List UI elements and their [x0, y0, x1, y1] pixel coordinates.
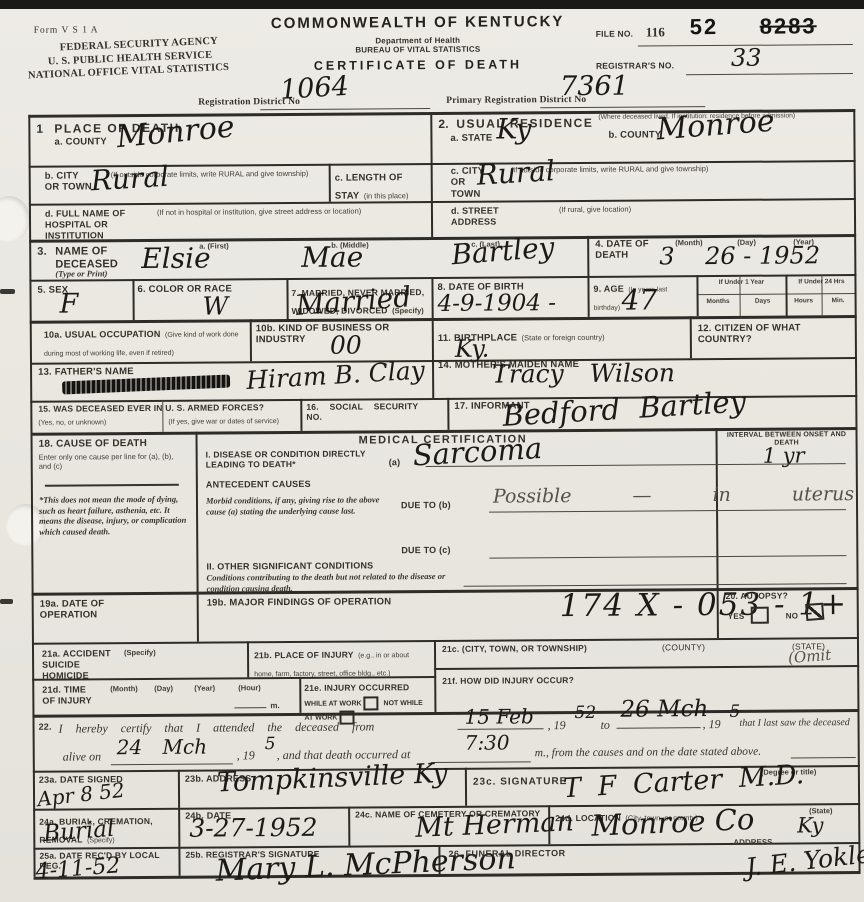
autopsy-label: 20. AUTOPSY?: [726, 591, 788, 602]
antecedent-causes-label: ANTECEDENT CAUSES: [206, 479, 311, 491]
line: [178, 808, 180, 847]
funeral-address-label: ADDRESS: [733, 838, 772, 848]
certify-19-a: , 19: [547, 718, 565, 733]
accident-suicide-homicide-label: 21a. ACCIDENT SUICIDE HOMICIDE: [42, 648, 122, 681]
attended-to-handwritten: 26 Mch: [620, 698, 708, 722]
marital-handwritten: Married: [295, 283, 412, 320]
residence-county-handwritten: Monroe: [655, 107, 775, 146]
first-name-handwritten: Elsie: [141, 245, 210, 273]
line: [686, 73, 853, 75]
major-findings-label: 19b. MAJOR FINDINGS OF OPERATION: [207, 596, 392, 609]
injury-occurred-label: 21e. INJURY OCCURRED: [304, 682, 409, 693]
while-at-work-checkbox: [363, 696, 378, 710]
line: [690, 316, 692, 358]
line: [348, 807, 350, 846]
line: [178, 847, 180, 876]
death-time-handwritten: 7:30: [465, 732, 510, 752]
sec1-number: 1: [36, 122, 44, 136]
sec22-number: 22.: [39, 722, 52, 733]
line: [45, 484, 179, 487]
line: [489, 555, 846, 558]
cemetery-handwritten: Mt Herman: [415, 808, 575, 842]
line: [434, 640, 437, 712]
file-no-value: 116: [646, 24, 665, 40]
line: [617, 727, 701, 729]
armed-forces-label: 15. WAS DECEASED EVER IN U. S. ARMED FOR…: [38, 402, 298, 414]
line: [430, 112, 433, 237]
age-label: 9. AGE: [593, 284, 623, 294]
certify-19-b: , 19: [702, 717, 720, 732]
injury-hour-label: (Hour): [238, 683, 261, 693]
due-to-b-handwritten: Possible — in uterus: [493, 485, 854, 507]
file-stamp-struck: 8283: [760, 13, 817, 40]
sec3-note: (Type or Print): [55, 268, 107, 279]
cause-a-label: (a): [389, 457, 401, 468]
line: [447, 398, 449, 430]
sec2b-county-label: b. COUNTY: [608, 129, 661, 141]
injury-city-label: 21c. (CITY, TOWN, OR TOWNSHIP): [442, 643, 587, 654]
line: [540, 106, 705, 108]
bureau-line: BUREAU OF VITAL STATISTICS: [248, 44, 588, 56]
registrar-no-label: REGISTRAR'S NO.: [596, 60, 674, 71]
morbid-note: Morbid conditions, if any, giving rise t…: [206, 494, 384, 516]
mother-name-handwritten: Tracy Wilson: [492, 360, 675, 386]
line: [299, 677, 301, 713]
registrar-no-handwritten: 33: [731, 46, 762, 70]
line: [260, 108, 430, 110]
certify-19-c: , 19: [237, 748, 255, 763]
line: [432, 318, 434, 360]
certify-text-5: m., from the causes and on the date stat…: [535, 745, 761, 761]
armed-forces-note1: (Yes, no, or unknown): [38, 419, 158, 429]
line: [286, 278, 288, 319]
document-title: COMMONWEALTH OF KENTUCKY: [248, 13, 588, 33]
injury-am-pm-label: m.: [270, 701, 279, 711]
cause-of-death-note: Enter only one cause per line for (a), (…: [39, 452, 187, 472]
sec1c-length-of-stay: c. LENGTH OF STAY (in this place): [335, 167, 427, 204]
cause-footnote: *This does not mean the mode of dying, s…: [39, 494, 189, 538]
sec4-date-of-death-label: 4. DATE OF DEATH: [595, 238, 651, 261]
accident-note: (Specify): [124, 648, 156, 658]
sec1b-city-label: b. CITY OR TOWN: [45, 170, 93, 193]
file-stamp: 52: [690, 14, 719, 41]
line: [132, 279, 134, 320]
year3-handwritten: 5: [265, 736, 276, 753]
date-of-operation-label: 19a. DATE OF OPERATION: [40, 598, 160, 622]
funeral-director-label: 26. FUNERAL DIRECTOR: [448, 848, 565, 860]
injury-county-label: (COUNTY): [662, 642, 705, 652]
father-name-label: 13. FATHER'S NAME: [38, 366, 134, 378]
death-certificate-scan: Form V S 1 A FEDERAL SECURITY AGENCY U. …: [0, 0, 864, 902]
sec1c-note: (in this place): [364, 191, 409, 200]
dob-handwritten: 4-9-1904 -: [438, 292, 557, 316]
occupation-cell: 10a. USUAL OCCUPATION (Give kind of work…: [44, 323, 244, 360]
line: [431, 277, 433, 318]
line: [697, 293, 857, 295]
business-handwritten: 00: [330, 332, 362, 357]
line: [111, 763, 233, 765]
injury-state-handwritten: (Omit: [788, 648, 832, 666]
age-handwritten: 47: [621, 286, 657, 314]
sec3-number: 3.: [37, 246, 47, 259]
sec2d-note: (If rural, give location): [559, 204, 759, 215]
line: [465, 768, 467, 806]
injury-year-label: (Year): [194, 684, 215, 694]
physician-address-handwritten: Tompkinsville Ky: [216, 760, 448, 797]
sec1d-hospital-label: d. FULL NAME OF HOSPITAL OR INSTITUTION: [45, 208, 157, 241]
form-number: Form V S 1 A: [34, 25, 99, 37]
certify-to-word: to: [600, 718, 609, 733]
autopsy-yes-label: YES: [728, 612, 745, 622]
line: [489, 509, 846, 512]
line: [178, 770, 180, 808]
attended-from-handwritten: 15 Feb: [464, 706, 533, 726]
sec2d-street-label: d. STREET ADDRESS: [451, 205, 513, 227]
place-of-injury-label: 21b. PLACE OF INJURY: [254, 650, 354, 661]
certify-text-2: that I last saw the deceased: [740, 717, 850, 730]
other-conditions-note: Conditions contributing to the death but…: [206, 571, 461, 594]
sec2-number: 2.: [438, 117, 449, 131]
line: [300, 399, 302, 431]
how-injury-occurred-label: 21f. HOW DID INJURY OCCUR?: [442, 675, 574, 686]
date-of-death-handwritten: 3 26 - 1952: [659, 243, 820, 268]
while-at-work-label: WHILE AT WORK: [304, 700, 361, 707]
sec1d-note: (If not in hospital or institution, give…: [157, 206, 425, 217]
days-header: Days: [740, 298, 786, 306]
residence-state-handwritten: Ky: [496, 115, 531, 143]
primary-district-handwritten: 7361: [560, 73, 629, 100]
autopsy-no-checkbox-checked: [805, 603, 824, 621]
birthplace-handwritten: Ky.: [455, 337, 490, 361]
min-header: Min.: [822, 297, 855, 305]
injury-month-label: (Month): [110, 684, 138, 694]
line: [195, 432, 198, 642]
injury-day-label: (Day): [154, 684, 173, 694]
line: [234, 707, 266, 708]
armed-forces-note2: (If yes, give war or dates of service): [168, 418, 296, 428]
due-to-c-label: DUE TO (c): [401, 545, 450, 556]
certify-text-1: I hereby certify that I attended the dec…: [59, 719, 375, 736]
months-header: Months: [697, 298, 740, 306]
if-under-1yr-header: If Under 1 Year: [697, 279, 785, 288]
citizen-label: 12. CITIZEN OF WHAT COUNTRY?: [698, 322, 818, 346]
county-of-death-handwritten: Monroe: [115, 112, 236, 153]
certificate-title: CERTIFICATE OF DEATH: [248, 57, 588, 74]
line: [329, 164, 331, 202]
hours-header: Hours: [786, 297, 822, 305]
autopsy-yes-checkbox: [751, 607, 769, 624]
disease-condition-label: I. DISEASE OR CONDITION DIRECTLY LEADING…: [206, 448, 391, 470]
burial-state-handwritten: Ky: [797, 815, 823, 836]
place-of-injury-cell: 21b. PLACE OF INJURY (e.g., in or about …: [254, 644, 430, 681]
burial-location-handwritten: Monroe Co: [591, 805, 755, 841]
sec2a-state-label: a. STATE: [450, 133, 492, 145]
time-of-injury-label: 21d. TIME OF INJURY: [42, 684, 100, 706]
line: [432, 360, 434, 398]
line: [28, 115, 35, 877]
signature-label: 23c. SIGNATURE: [473, 776, 567, 789]
last-name-handwritten: Bartley: [450, 234, 555, 270]
sex-handwritten: F: [60, 290, 79, 317]
sec1a-county-label: a. COUNTY: [54, 136, 107, 148]
occupation-label: 10a. USUAL OCCUPATION: [44, 329, 161, 340]
if-under-24hr-header: If Under 24 Hrs: [786, 278, 856, 287]
line: [587, 236, 590, 317]
cause-of-death-label: 18. CAUSE OF DEATH: [39, 438, 189, 451]
due-to-b-label: DUE TO (b): [401, 500, 451, 511]
birthplace-note: (State or foreign country): [522, 333, 605, 343]
reg-district-handwritten: 1064: [279, 73, 349, 104]
informant-handwritten: Bedford Bartley: [502, 387, 747, 430]
race-handwritten: W: [203, 293, 229, 318]
residence-city-handwritten: Rural: [476, 157, 556, 190]
alive-on-handwritten: 24 Mch: [117, 737, 208, 758]
file-no-label: FILE NO.: [596, 29, 634, 39]
year1-handwritten: 52: [574, 705, 596, 722]
middle-name-handwritten: Mae: [301, 243, 363, 271]
sec2c-note: (If outside corporate limits, write RURA…: [511, 163, 821, 175]
line: [247, 641, 249, 677]
certify-alive-on: alive on: [63, 749, 101, 764]
other-conditions-label: II. OTHER SIGNIFICANT CONDITIONS: [206, 560, 373, 572]
date-received-handwritten: 4-11-52: [35, 855, 121, 883]
autopsy-no-label: NO: [786, 611, 798, 621]
city-of-death-handwritten: Rural: [90, 163, 170, 196]
burial-date-handwritten: 3-27-1952: [189, 815, 317, 841]
ssn-label: 16. SOCIAL SECURITY NO.: [306, 401, 418, 422]
burial-handwritten: Burial: [43, 818, 116, 846]
line: [250, 319, 252, 361]
